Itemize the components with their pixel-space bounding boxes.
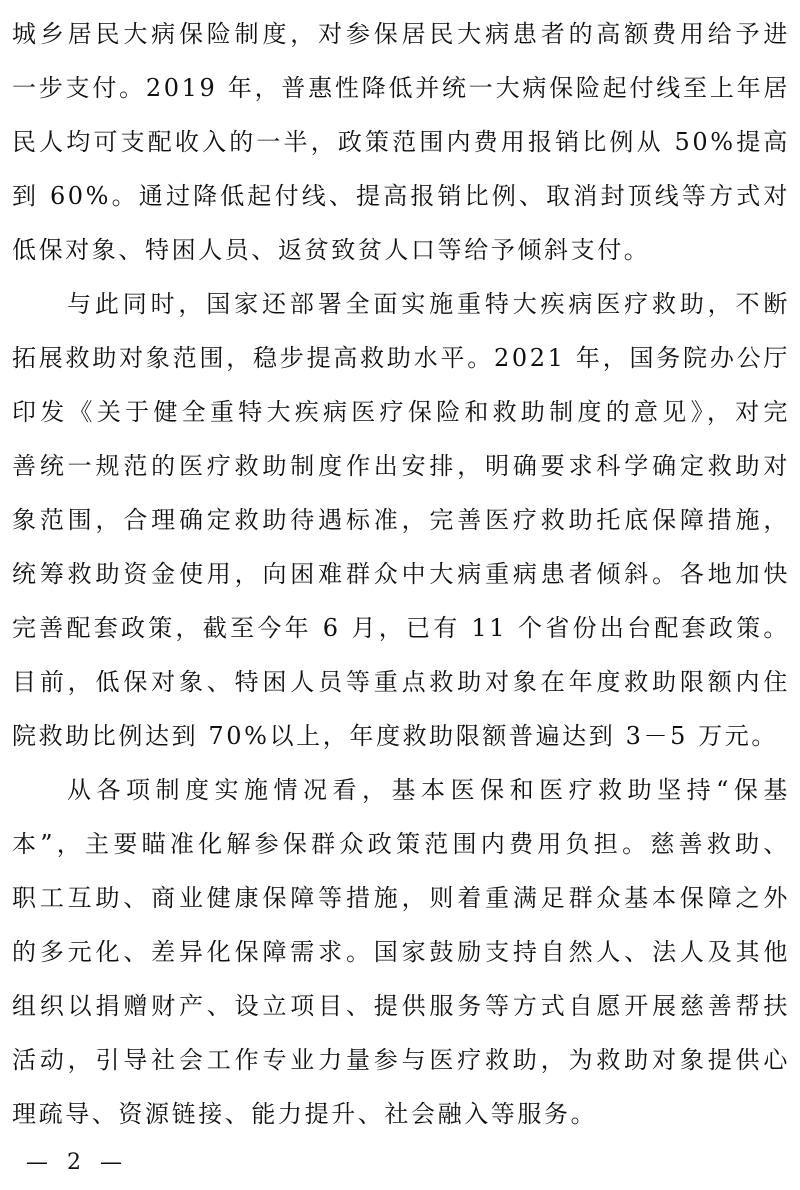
text-line: 善统一规范的医疗救助制度作出安排，明确要求科学确定救助对 bbox=[12, 439, 790, 493]
text-line: 完善配套政策，截至今年 6 月，已有 11 个省份出台配套政策。 bbox=[12, 601, 790, 655]
text-line: 组织以捐赠财产、设立项目、提供服务等方式自愿开展慈善帮扶 bbox=[12, 979, 790, 1033]
document-page: 城乡居民大病保险制度，对参保居民大病患者的高额费用给予进 一步支付。2019 年… bbox=[0, 0, 800, 1190]
text-line: 目前，低保对象、特困人员等重点救助对象在年度救助限额内住 bbox=[12, 655, 790, 709]
text-line: 象范围，合理确定救助待遇标准，完善医疗救助托底保障措施， bbox=[12, 493, 790, 547]
page-number: — 2 — bbox=[26, 1150, 128, 1176]
text-line: 院救助比例达到 70%以上，年度救助限额普遍达到 3－5 万元。 bbox=[12, 709, 790, 763]
text-line: 印发《关于健全重特大疾病医疗保险和救助制度的意见》，对完 bbox=[12, 385, 790, 439]
text-line: 活动，引导社会工作专业力量参与医疗救助，为救助对象提供心 bbox=[12, 1033, 790, 1087]
text-line: 城乡居民大病保险制度，对参保居民大病患者的高额费用给予进 bbox=[12, 7, 790, 61]
paragraph-start-line: 与此同时，国家还部署全面实施重特大疾病医疗救助，不断 bbox=[67, 277, 790, 331]
text-line: 职工互助、商业健康保障等措施，则着重满足群众基本保障之外 bbox=[12, 871, 790, 925]
text-line: 拓展救助对象范围，稳步提高救助水平。2021 年，国务院办公厅 bbox=[12, 331, 790, 385]
text-line: 的多元化、差异化保障需求。国家鼓励支持自然人、法人及其他 bbox=[12, 925, 790, 979]
paragraph-start-line: 从各项制度实施情况看，基本医保和医疗救助坚持“保基 bbox=[67, 763, 790, 817]
text-line: 民人均可支配收入的一半，政策范围内费用报销比例从 50%提高 bbox=[12, 115, 790, 169]
text-line: 到 60%。通过降低起付线、提高报销比例、取消封顶线等方式对 bbox=[12, 169, 790, 223]
text-line: 理疏导、资源链接、能力提升、社会融入等服务。 bbox=[12, 1087, 790, 1141]
text-line: 低保对象、特困人员、返贫致贫人口等给予倾斜支付。 bbox=[12, 223, 790, 277]
text-line: 统筹救助资金使用，向困难群众中大病重病患者倾斜。各地加快 bbox=[12, 547, 790, 601]
text-line: 一步支付。2019 年，普惠性降低并统一大病保险起付线至上年居 bbox=[12, 61, 790, 115]
text-line: 本”，主要瞄准化解参保群众政策范围内费用负担。慈善救助、 bbox=[12, 817, 790, 871]
